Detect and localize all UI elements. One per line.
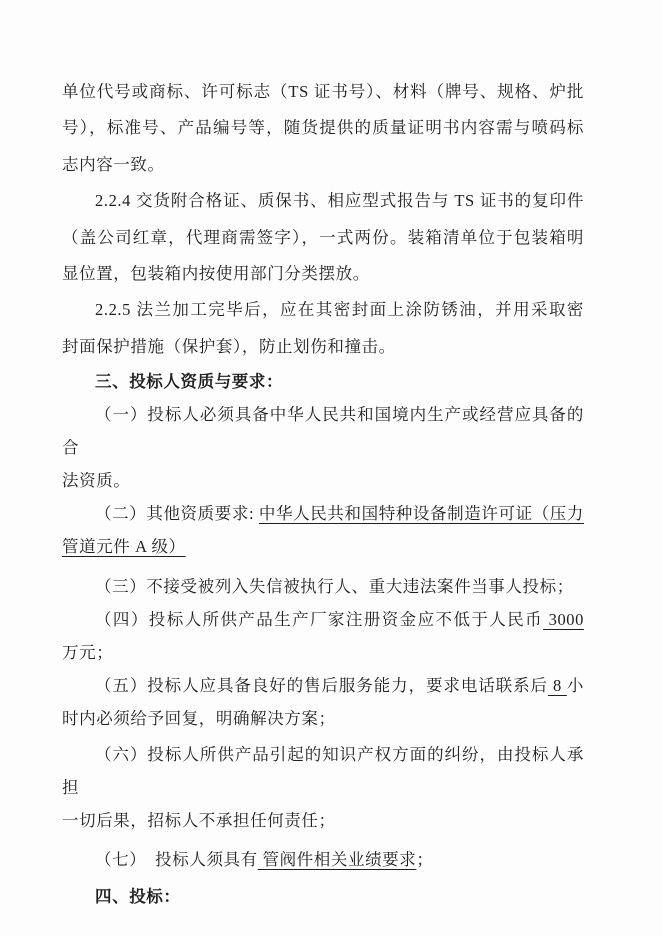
document-content: 单位代号或商标、许可标志（TS 证书号）、材料（牌号、规格、炉批号），标准号、产… (62, 74, 584, 913)
text-line: 时内必须给予回复，明确解决方案； (62, 702, 584, 735)
text-segment: 四、投标： (95, 887, 181, 906)
text-segment: （三）不接受被列入失信被执行人、重大违法案件当事人投标； (95, 577, 574, 596)
text-line: （一）投标人必须具备中华人民共和国境内生产或经营应具备的合 (62, 398, 584, 464)
paragraph: 2.2.5 法兰加工完毕后，应在其密封面上涂防锈油，并用采取密封面保护措施（保护… (62, 292, 584, 365)
text-segment: 时内必须给予回复，明确解决方案； (62, 709, 336, 728)
text-segment: （二）其他资质要求: (95, 504, 259, 523)
paragraph: （二）其他资质要求: 中华人民共和国特种设备制造许可证（压力管道元件 A 级） (62, 497, 584, 563)
paragraph: 2.2.4 交货附合格证、质保书、相应型式报告与 TS 证书的复印件（盖公司红章… (62, 183, 584, 292)
text-line: 四、投标： (62, 880, 584, 913)
text-segment: 三、投标人资质与要求： (95, 372, 283, 391)
text-segment: （一）投标人必须具备中华人民共和国境内生产或经营应具备的合 (62, 405, 584, 457)
text-line: 2.2.5 法兰加工完毕后，应在其密封面上涂防锈油，并用采取密 (62, 292, 584, 328)
text-line: （四）投标人所供产品生产厂家注册资金应不低于人民币 3000 (62, 603, 584, 636)
paragraph: （五）投标人应具备良好的售后服务能力，要求电话联系后 8 小时内必须给予回复，明… (62, 669, 584, 735)
text-segment: 志内容一致。 (62, 155, 165, 174)
text-line: 志内容一致。 (62, 147, 584, 183)
text-segment: （五）投标人应具备良好的售后服务能力，要求电话联系后 (95, 676, 548, 695)
text-segment: （四）投标人所供产品生产厂家注册资金应不低于人民币 (95, 610, 543, 629)
text-line: 显位置，包装箱内按使用部门分类摆放。 (62, 256, 584, 292)
text-line: （三）不接受被列入失信被执行人、重大违法案件当事人投标； (62, 570, 584, 603)
text-line: （五）投标人应具备良好的售后服务能力，要求电话联系后 8 小 (62, 669, 584, 702)
paragraph: 单位代号或商标、许可标志（TS 证书号）、材料（牌号、规格、炉批号），标准号、产… (62, 74, 584, 183)
underlined-text: 8 (548, 676, 567, 695)
text-segment: ； (416, 850, 433, 869)
text-segment: 2.2.5 法兰加工完毕后，应在其密封面上涂防锈油，并用采取密 (95, 300, 584, 319)
section-heading: 三、投标人资质与要求： (62, 365, 584, 398)
underlined-text: 中华人民共和国特种设备制造许可证（压力 (259, 504, 584, 523)
text-segment: 单位代号或商标、许可标志（TS 证书号）、材料（牌号、规格、炉批 (62, 82, 584, 101)
text-segment: 小 (567, 676, 584, 695)
underlined-text: 管道元件 A 级） (62, 537, 186, 556)
text-segment: 封面保护措施（保护套），防止划伤和撞击。 (62, 337, 396, 356)
section-heading: 四、投标： (62, 880, 584, 913)
paragraph: （七） 投标人须具有 管阀件相关业绩要求； (62, 843, 584, 876)
text-line: 号），标准号、产品编号等，随货提供的质量证明书内容需与喷码标 (62, 110, 584, 146)
paragraph: （三）不接受被列入失信被执行人、重大违法案件当事人投标； (62, 570, 584, 603)
text-line: （七） 投标人须具有 管阀件相关业绩要求； (62, 843, 584, 876)
text-segment: 一切后果，招标人不承担任何责任； (62, 811, 336, 830)
text-line: （盖公司红章，代理商需签字），一式两份。装箱清单位于包装箱明 (62, 220, 584, 256)
text-segment: 显位置，包装箱内按使用部门分类摆放。 (62, 264, 370, 283)
text-line: 法资质。 (62, 464, 584, 497)
text-segment: 2.2.4 交货附合格证、质保书、相应型式报告与 TS 证书的复印件 (95, 191, 584, 210)
text-line: 2.2.4 交货附合格证、质保书、相应型式报告与 TS 证书的复印件 (62, 183, 584, 219)
text-line: 一切后果，招标人不承担任何责任； (62, 804, 584, 837)
paragraph: （一）投标人必须具备中华人民共和国境内生产或经营应具备的合法资质。 (62, 398, 584, 497)
paragraph: （六）投标人所供产品引起的知识产权方面的纠纷，由投标人承担一切后果，招标人不承担… (62, 738, 584, 837)
text-line: （六）投标人所供产品引起的知识产权方面的纠纷，由投标人承担 (62, 738, 584, 804)
text-segment: （六）投标人所供产品引起的知识产权方面的纠纷，由投标人承担 (62, 745, 584, 797)
text-segment: 法资质。 (62, 471, 130, 490)
underlined-text: 3000 (543, 610, 584, 629)
text-segment: （盖公司红章，代理商需签字），一式两份。装箱清单位于包装箱明 (62, 228, 584, 247)
text-segment: 号），标准号、产品编号等，随货提供的质量证明书内容需与喷码标 (62, 118, 584, 137)
paragraph: （四）投标人所供产品生产厂家注册资金应不低于人民币 3000万元； (62, 603, 584, 669)
text-line: （二）其他资质要求: 中华人民共和国特种设备制造许可证（压力 (62, 497, 584, 530)
text-segment: 万元； (62, 643, 113, 662)
text-line: 单位代号或商标、许可标志（TS 证书号）、材料（牌号、规格、炉批 (62, 74, 584, 110)
text-line: 封面保护措施（保护套），防止划伤和撞击。 (62, 329, 584, 365)
underlined-text: 管阀件相关业绩要求 (258, 850, 417, 869)
text-line: 三、投标人资质与要求： (62, 365, 584, 398)
document-page: 单位代号或商标、许可标志（TS 证书号）、材料（牌号、规格、炉批号），标准号、产… (0, 0, 662, 936)
text-segment: （七） 投标人须具有 (95, 850, 258, 869)
text-line: 万元； (62, 636, 584, 669)
text-line: 管道元件 A 级） (62, 530, 584, 563)
